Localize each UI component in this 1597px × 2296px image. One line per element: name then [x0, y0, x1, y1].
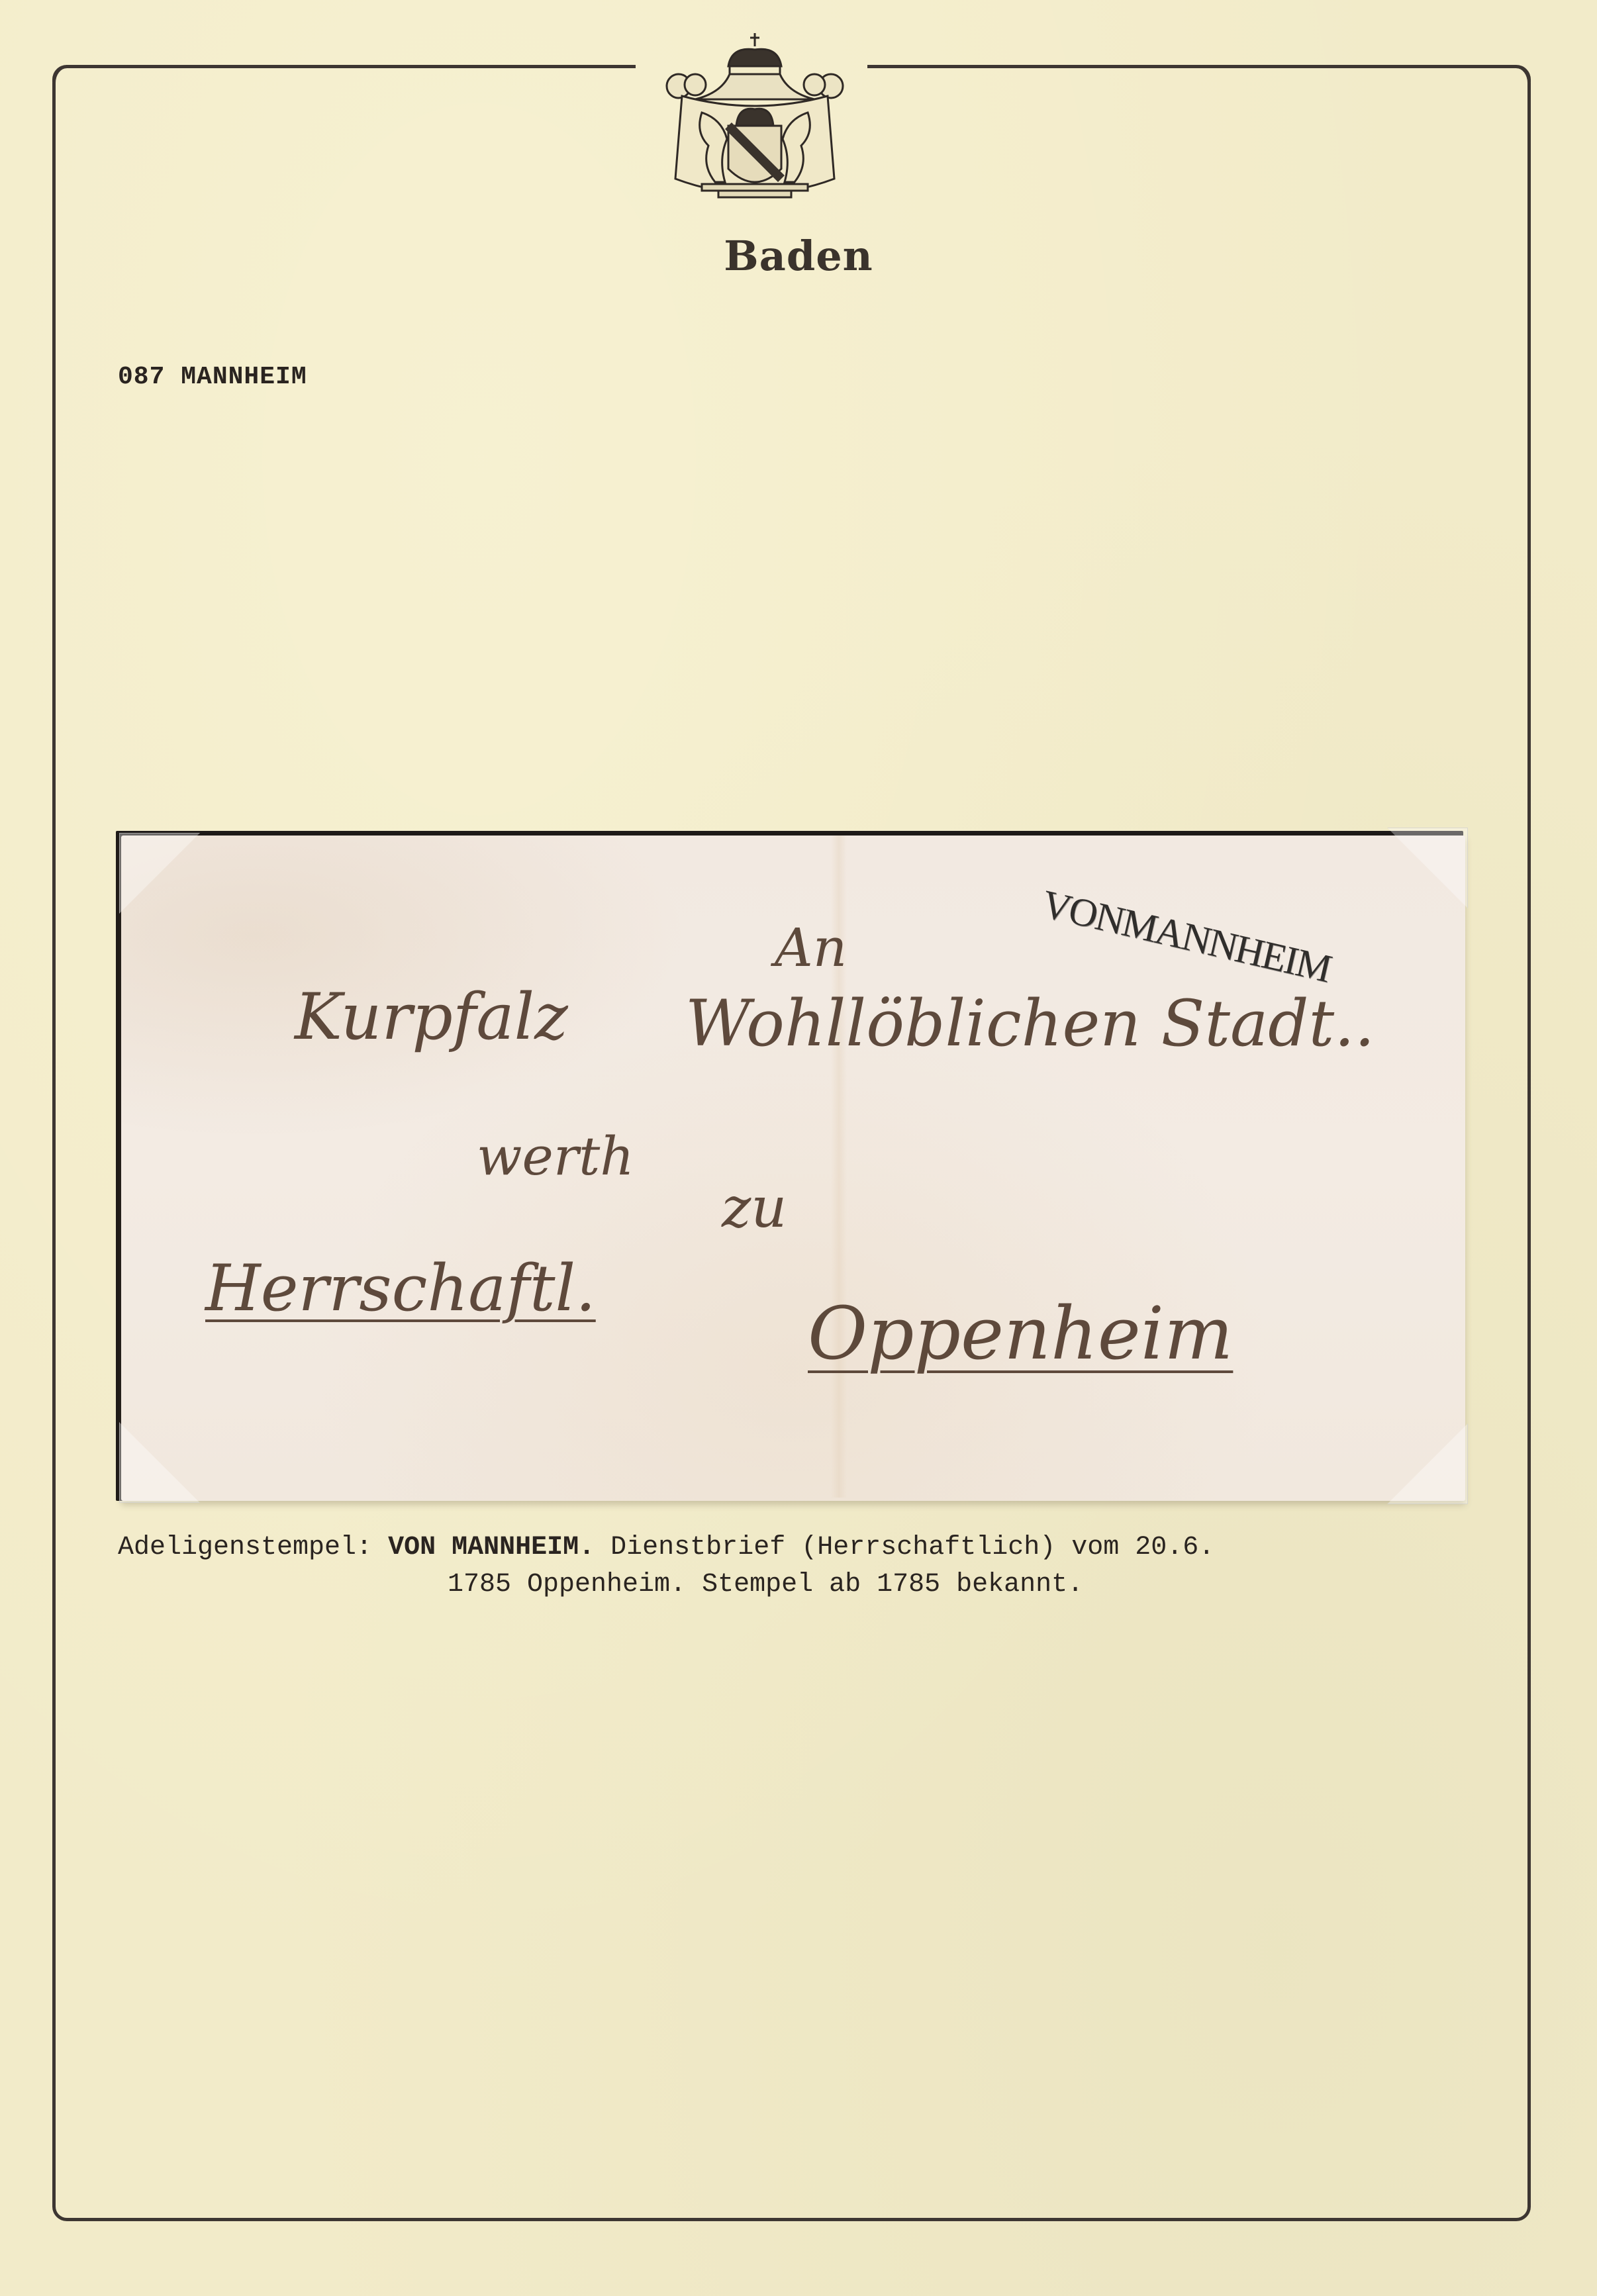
page-title: Baden: [0, 232, 1597, 280]
caption-label: Adeligenstempel:: [118, 1533, 372, 1562]
caption-stamp-name: VON MANNHEIM.: [388, 1533, 595, 1562]
coat-of-arms-icon: [655, 26, 854, 225]
frame-top-rule-right: [867, 65, 1516, 68]
caption-line2: 1785 Oppenheim. Stempel ab 1785 bekannt.: [118, 1566, 1508, 1603]
frame-top-rule-left: [66, 65, 636, 68]
handwriting-an: An: [775, 917, 847, 979]
caption: Adeligenstempel: VON MANNHEIM. Dienstbri…: [118, 1529, 1508, 1603]
handwriting-destination: Oppenheim: [808, 1291, 1233, 1376]
caption-line1: Dienstbrief (Herrschaftlich) vom 20.6.: [610, 1533, 1214, 1562]
handwriting-werth: werth: [477, 1125, 634, 1187]
handwriting-herrschaftl: Herrschaftl.: [205, 1251, 596, 1325]
section-heading: 087 MANNHEIM: [118, 363, 307, 391]
handwriting-addressee: Wohllöblichen Stadt..: [685, 986, 1375, 1061]
handwriting-zu: zu: [722, 1175, 787, 1240]
handwriting-kurpfalz: Kurpfalz: [295, 980, 568, 1054]
